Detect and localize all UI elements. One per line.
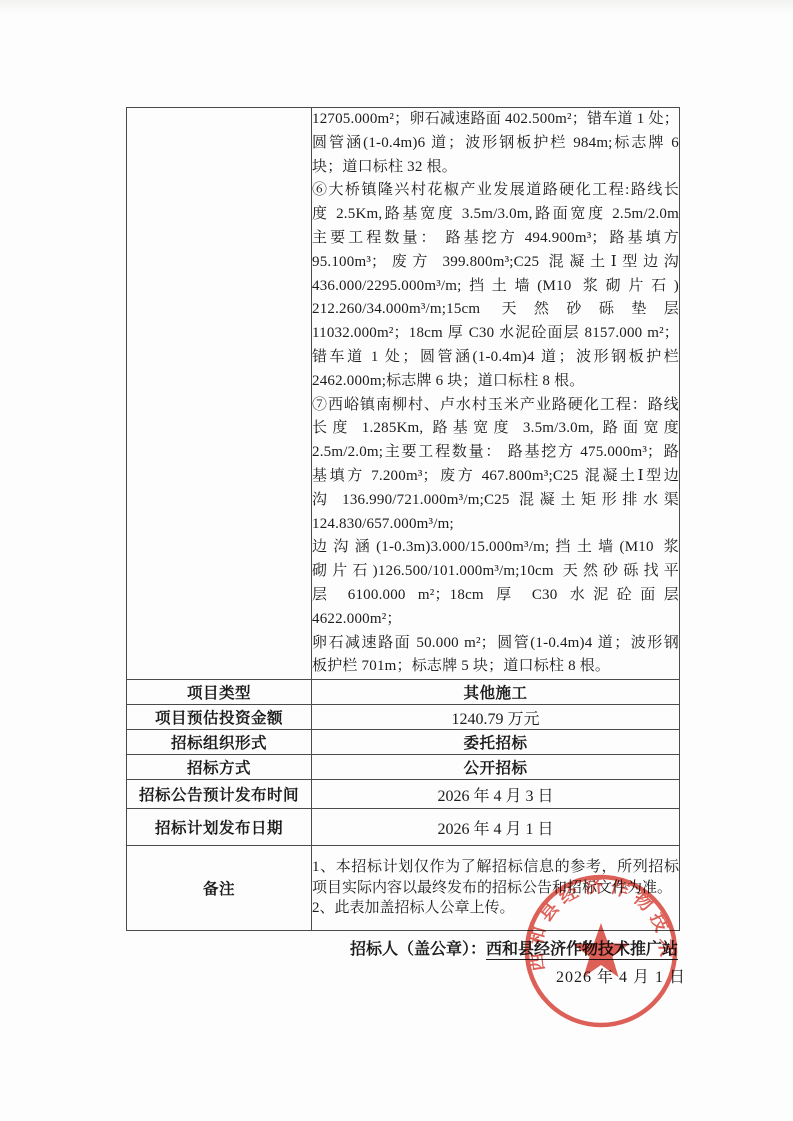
table-row-project-type: 项目类型 其他施工 bbox=[127, 680, 680, 705]
signature-line: 招标人（盖公章）：西和县经济作物技术推广站 bbox=[350, 936, 678, 959]
project-detail-line: 12705.000m²；卵石减速路面 402.500m²；错车道 1 处； bbox=[312, 108, 679, 132]
table-row-remark: 备注 1、本招标计划仅作为了解招标信息的参考，所列招标项目实际内容以最终发布的招… bbox=[127, 846, 680, 931]
field-value: 2026 年 4 月 3 日 bbox=[312, 780, 680, 809]
field-label: 招标组织形式 bbox=[127, 730, 312, 755]
project-detail-line: 212.260/34.000m³/m;15cm 天然砂砾垫层 bbox=[312, 298, 679, 322]
table-row-bid-method: 招标方式 公开招标 bbox=[127, 755, 680, 780]
project-detail-line: 板护栏 701m；标志牌 5 块；道口标柱 8 根。 bbox=[312, 655, 679, 679]
project-detail-line: 边沟涵(1-0.3m)3.000/15.000m³/m;挡土墙(M10 浆 bbox=[312, 536, 679, 560]
project-detail-line: 块；道口标柱 32 根。 bbox=[312, 156, 679, 180]
project-detail-cell: 12705.000m²；卵石减速路面 402.500m²；错车道 1 处； 圆管… bbox=[312, 108, 680, 680]
field-label: 项目预估投资金额 bbox=[127, 705, 312, 730]
project-detail-line: 度 2.5Km,路基宽度 3.5m/3.0m,路面宽度 2.5m/2.0m bbox=[312, 203, 679, 227]
project-detail-line: 错车道 1 处；圆管涵(1-0.4m)4 道；波形钢板护栏 bbox=[312, 346, 679, 370]
table-row-org-form: 招标组织形式 委托招标 bbox=[127, 730, 680, 755]
project-detail-line: 圆管涵(1-0.4m)6 道；波形钢板护栏 984m;标志牌 6 bbox=[312, 132, 679, 156]
project-detail-line: 砌片石)126.500/101.000m³/m;10cm 天然砂砾找平 bbox=[312, 560, 679, 584]
project-detail-line: 2.5m/2.0m;主要工程数量： 路基挖方 475.000m³；路 bbox=[312, 441, 679, 465]
project-detail-line: 沟 136.990/721.000m³/m;C25 混凝土矩形排水渠 bbox=[312, 489, 679, 513]
remark-content-cell: 1、本招标计划仅作为了解招标信息的参考，所列招标项目实际内容以最终发布的招标公告… bbox=[312, 846, 680, 931]
continuation-empty-label-cell bbox=[127, 108, 312, 680]
table-row-plan-publish-date: 招标计划发布日期 2026 年 4 月 1 日 bbox=[127, 809, 680, 846]
field-label: 项目类型 bbox=[127, 680, 312, 705]
project-detail-line: 124.830/657.000m³/m; bbox=[312, 513, 679, 537]
table-row-announce-date: 招标公告预计发布时间 2026 年 4 月 3 日 bbox=[127, 780, 680, 809]
field-value: 公开招标 bbox=[312, 755, 680, 780]
remark-label: 备注 bbox=[127, 846, 312, 931]
project-detail-line: 层 6100.000 m²；18cm 厚 C30 水泥砼面层 4622.000m… bbox=[312, 584, 679, 632]
table-row-investment: 项目预估投资金额 1240.79 万元 bbox=[127, 705, 680, 730]
field-value: 2026 年 4 月 1 日 bbox=[312, 809, 680, 846]
project-detail-line: 长度 1.285Km, 路基宽度 3.5m/3.0m, 路面宽度 bbox=[312, 417, 679, 441]
remark-item: 2、此表加盖招标人公章上传。 bbox=[312, 898, 679, 919]
project-detail-line: 主要工程数量： 路基挖方 494.900m³；路基填方 bbox=[312, 227, 679, 251]
field-label: 招标计划发布日期 bbox=[127, 809, 312, 846]
field-label: 招标公告预计发布时间 bbox=[127, 780, 312, 809]
signature-date: 2026 年 4 月 1 日 bbox=[556, 964, 686, 987]
project-detail-line: ⑥大桥镇隆兴村花椒产业发展道路硬化工程:路线长 bbox=[312, 179, 679, 203]
field-value: 委托招标 bbox=[312, 730, 680, 755]
field-value: 其他施工 bbox=[312, 680, 680, 705]
signer-name: 西和县经济作物技术推广站 bbox=[486, 941, 678, 960]
tender-plan-table: 12705.000m²；卵石减速路面 402.500m²；错车道 1 处； 圆管… bbox=[126, 107, 680, 931]
project-detail-line: 2462.000m;标志牌 6 块；道口标柱 8 根。 bbox=[312, 370, 679, 394]
table-row-continuation: 12705.000m²；卵石减速路面 402.500m²；错车道 1 处； 圆管… bbox=[127, 108, 680, 680]
document-page: 12705.000m²；卵石减速路面 402.500m²；错车道 1 处； 圆管… bbox=[0, 0, 793, 1121]
project-detail-line: 95.100m³；废方 399.800m³;C25 混凝土Ⅰ型边沟 bbox=[312, 251, 679, 275]
project-detail-line: 卵石减速路面 50.000 m²；圆管(1-0.4m)4 道；波形钢 bbox=[312, 632, 679, 656]
project-detail-line: 11032.000m²；18cm 厚 C30 水泥砼面层 8157.000 m²… bbox=[312, 322, 679, 346]
field-label: 招标方式 bbox=[127, 755, 312, 780]
field-value: 1240.79 万元 bbox=[312, 705, 680, 730]
project-detail-line: 基填方 7.200m³；废方 467.800m³;C25 混凝土Ⅰ型边 bbox=[312, 465, 679, 489]
signer-label: 招标人（盖公章）： bbox=[350, 941, 486, 958]
remark-item: 1、本招标计划仅作为了解招标信息的参考，所列招标项目实际内容以最终发布的招标公告… bbox=[312, 857, 679, 898]
project-detail-line: ⑦西峪镇南柳村、卢水村玉米产业路硬化工程：路线 bbox=[312, 394, 679, 418]
project-detail-line: 436.000/2295.000m³/m;挡土墙(M10 浆砌片石) bbox=[312, 275, 679, 299]
